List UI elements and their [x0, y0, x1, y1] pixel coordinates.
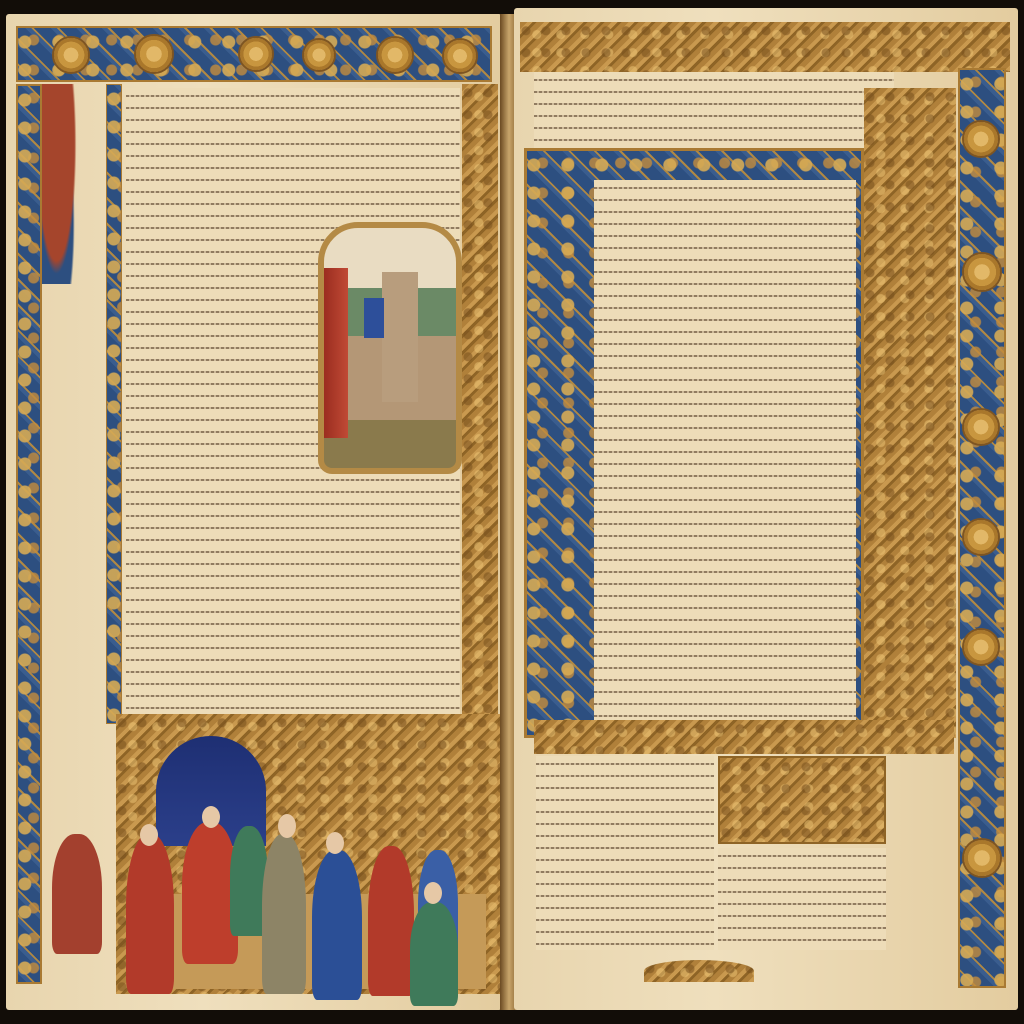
medallion — [376, 36, 414, 74]
figure-grey-robe — [262, 834, 306, 994]
figure-head — [278, 814, 296, 838]
left-right-border — [462, 84, 498, 724]
figure-head — [326, 832, 344, 854]
figure-red-robe — [368, 846, 414, 996]
medallion — [238, 36, 274, 72]
gold-filigree-panel — [718, 756, 886, 844]
blue-banner — [364, 298, 384, 338]
right-inner-column — [864, 88, 956, 738]
right-top-text-block — [534, 72, 894, 152]
medallion — [302, 38, 336, 72]
medallion — [442, 38, 478, 74]
right-mid-band — [534, 720, 954, 754]
castle-miniature — [318, 222, 462, 474]
red-curtain — [324, 268, 348, 438]
medallion — [52, 36, 90, 74]
right-page — [514, 8, 1018, 1010]
left-outer-border — [16, 84, 42, 984]
figure-green-robe — [410, 902, 458, 1006]
castle-tower — [382, 272, 418, 402]
medallion — [962, 838, 1002, 878]
medallion — [962, 628, 1000, 666]
bottom-flourish — [644, 960, 754, 982]
medallion — [134, 34, 174, 74]
medallion — [962, 252, 1002, 292]
figure-red-robe — [126, 834, 174, 994]
figure-head — [140, 824, 158, 846]
right-top-border — [520, 22, 1010, 72]
figure-head — [424, 882, 442, 904]
left-inner-border — [106, 84, 122, 724]
medallion — [962, 408, 1000, 446]
medallion — [962, 120, 1000, 158]
right-bottom-right-text — [718, 848, 886, 950]
right-bottom-left-text — [536, 756, 714, 950]
figure-blue-robe — [312, 850, 362, 1000]
figure-head — [202, 806, 220, 828]
figure-musician — [52, 834, 102, 954]
left-page — [6, 14, 502, 1010]
left-margin-flourish — [42, 84, 78, 284]
right-main-text-block — [594, 180, 856, 720]
medallion — [962, 518, 1000, 556]
